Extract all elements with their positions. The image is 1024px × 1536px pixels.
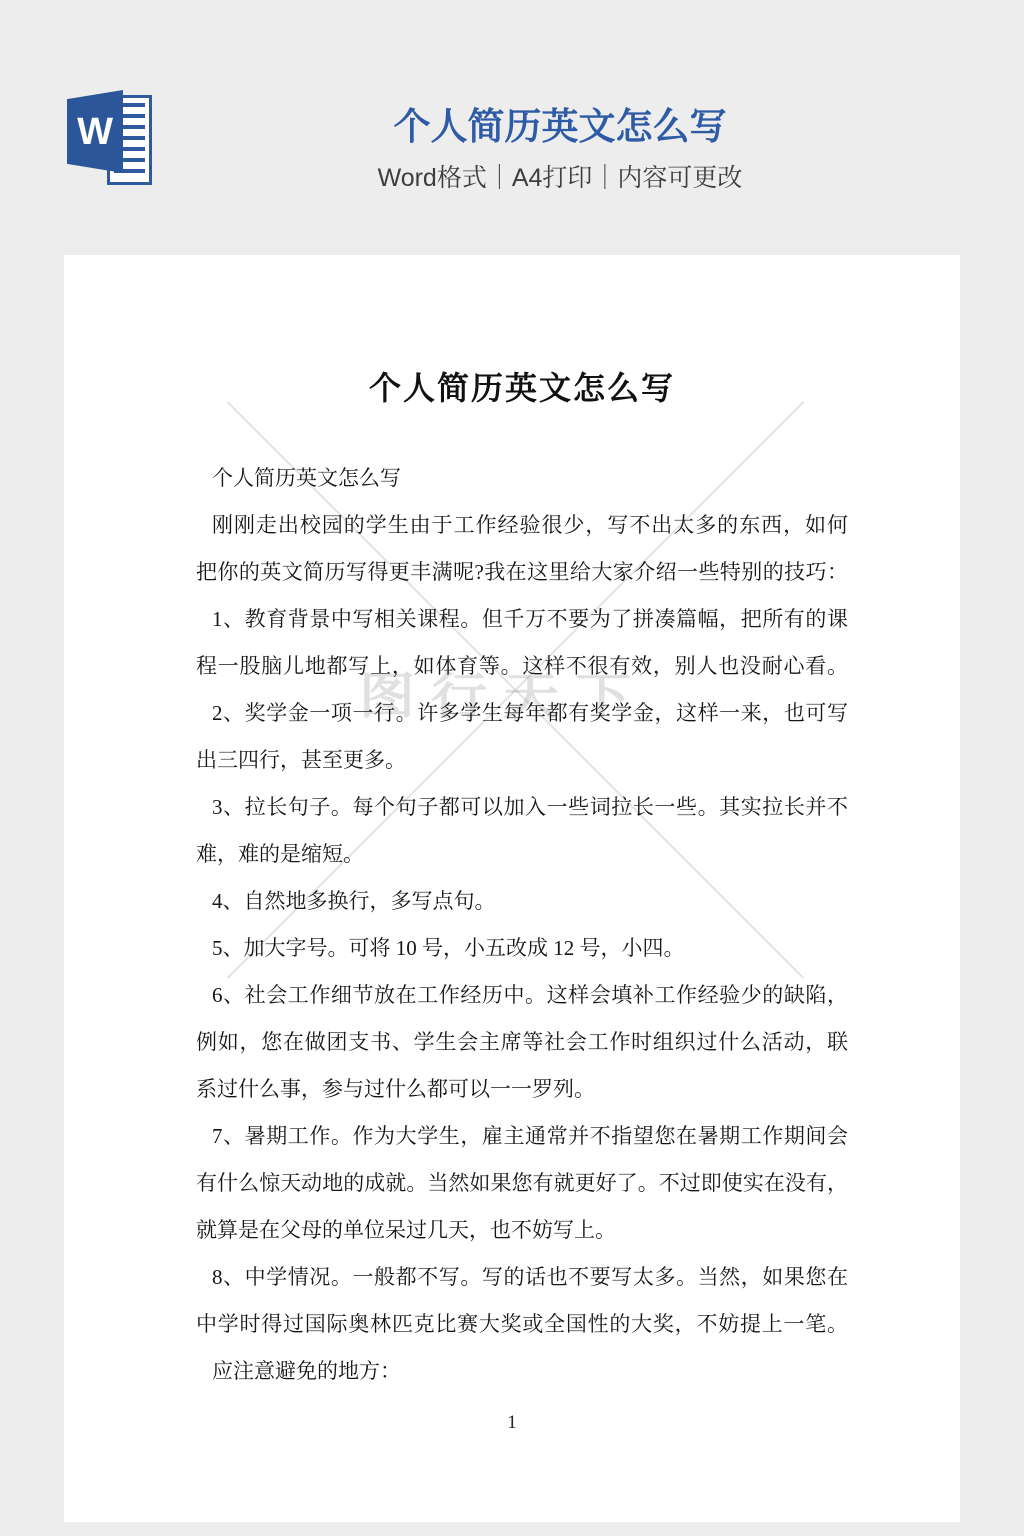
text-line: 例如，您在做团支书、学生会主席等社会工作时组织过什么活动，联 <box>196 1019 848 1066</box>
text-line: 6、社会工作细节放在工作经历中。这样会填补工作经验少的缺陷， <box>196 972 848 1019</box>
text-line: 5、加大字号。可将 10 号，小五改成 12 号，小四。 <box>196 925 848 972</box>
word-icon-letter: W <box>77 113 113 151</box>
text-line: 7、暑期工作。作为大学生，雇主通常并不指望您在暑期工作期间会 <box>196 1113 848 1160</box>
text-line: 程一股脑儿地都写上，如体育等。这样不很有效，别人也没耐心看。 <box>196 643 848 690</box>
document-page: 图行天下 个人简历英文怎么写 个人简历英文怎么写刚刚走出校园的学生由于工作经验很… <box>64 255 960 1522</box>
text-line: 1、教育背景中写相关课程。但千万不要为了拼凑篇幅，把所有的课 <box>196 596 848 643</box>
text-line: 系过什么事，参与过什么都可以一一罗列。 <box>196 1066 848 1113</box>
text-line: 个人简历英文怎么写 <box>196 455 848 502</box>
text-line: 8、中学情况。一般都不写。写的话也不要写太多。当然，如果您在 <box>196 1254 848 1301</box>
text-line: 中学时得过国际奥林匹克比赛大奖或全国性的大奖，不妨提上一笔。 <box>196 1301 848 1348</box>
text-line: 应注意避免的地方： <box>196 1348 848 1395</box>
page-number: 1 <box>64 1412 960 1434</box>
text-line: 出三四行，甚至更多。 <box>196 737 848 784</box>
header-title: 个人简历英文怎么写 <box>360 96 760 150</box>
text-line: 刚刚走出校园的学生由于工作经验很少，写不出太多的东西，如何 <box>196 502 848 549</box>
text-line: 把你的英文简历写得更丰满呢?我在这里给大家介绍一些特别的技巧： <box>196 549 848 596</box>
text-line: 3、拉长句子。每个句子都可以加入一些词拉长一些。其实拉长并不 <box>196 784 848 831</box>
text-line: 就算是在父母的单位呆过几天，也不妨写上。 <box>196 1207 848 1254</box>
header-subtitle: Word格式｜A4打印｜内容可更改 <box>360 158 760 194</box>
word-icon: W <box>67 90 153 186</box>
page-background: W 个人简历英文怎么写 Word格式｜A4打印｜内容可更改 图行天下 个人简历英… <box>0 0 1024 1536</box>
text-line: 难，难的是缩短。 <box>196 831 848 878</box>
word-w-panel-icon: W <box>67 90 123 173</box>
header: W 个人简历英文怎么写 Word格式｜A4打印｜内容可更改 <box>0 0 1024 255</box>
document-body: 个人简历英文怎么写刚刚走出校园的学生由于工作经验很少，写不出太多的东西，如何把你… <box>196 455 848 1395</box>
text-line: 4、自然地多换行，多写点句。 <box>196 878 848 925</box>
document-title: 个人简历英文怎么写 <box>196 363 848 409</box>
text-line: 有什么惊天动地的成就。当然如果您有就更好了。不过即使实在没有， <box>196 1160 848 1207</box>
text-line: 2、奖学金一项一行。许多学生每年都有奖学金，这样一来，也可写 <box>196 690 848 737</box>
